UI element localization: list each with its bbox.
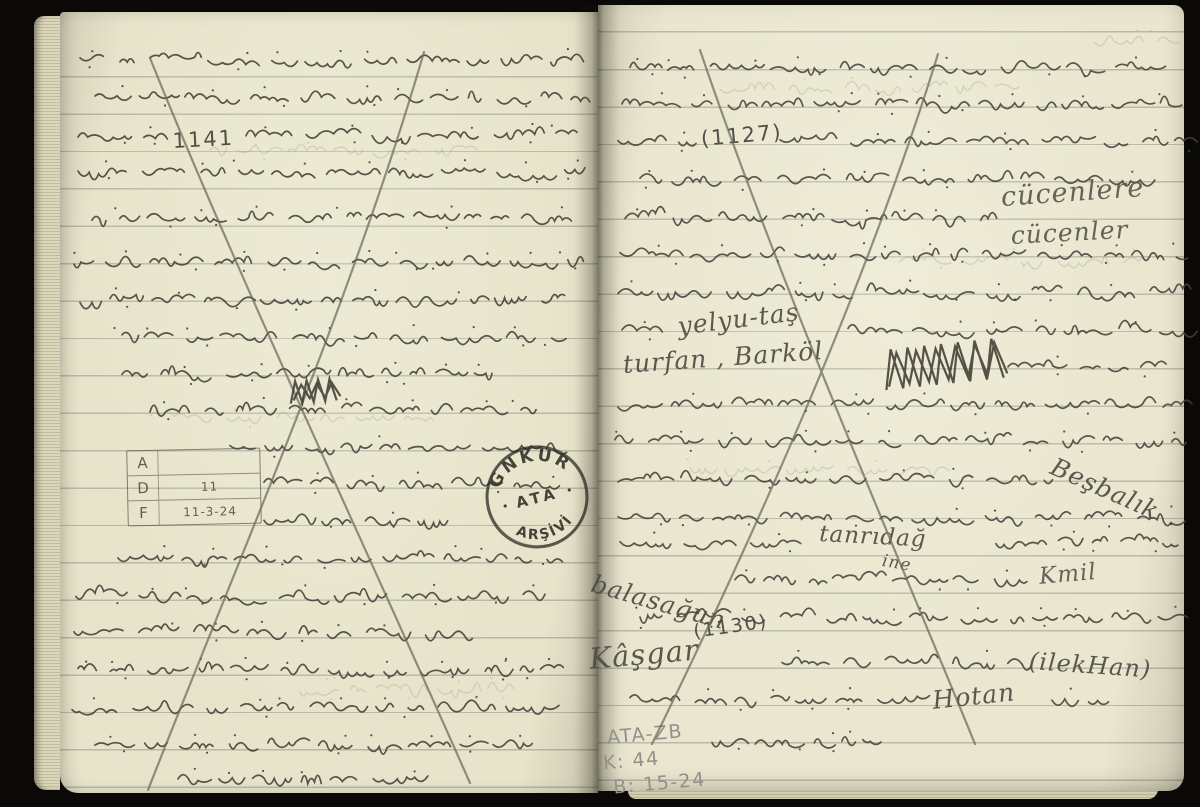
left-page-edge-stack <box>34 16 60 790</box>
notebook-scan: 1141 (1127) cücenlere cücenler yelyu-taş… <box>0 0 1200 807</box>
stamp-middle-text: ATA <box>514 484 560 512</box>
margin-table: A D 11 F 11-3-24 <box>126 448 262 527</box>
svg-text:GNKUR: GNKUR <box>480 436 579 494</box>
annotation-year-1141: 1141 <box>172 126 235 153</box>
stamp-top-text: GNKUR <box>480 436 579 494</box>
annotation-cucenler: cücenler <box>1010 215 1129 250</box>
table-row-value: 11-3-24 <box>159 499 260 525</box>
left-page <box>60 12 598 793</box>
table-row: D 11 <box>128 473 260 501</box>
stamp-dot-left <box>503 504 507 508</box>
table-row: A <box>127 449 259 476</box>
archive-code: ATA-ZB K: 44 B: 15-24 <box>606 718 707 801</box>
table-row-value <box>158 449 259 475</box>
table-row: F 11-3-24 <box>128 498 260 526</box>
table-row-label: D <box>128 476 159 501</box>
stamp-dot-right <box>567 488 571 492</box>
table-row-label: A <box>127 451 158 476</box>
annotation-kmil: Kmil <box>1038 559 1098 590</box>
annotation-tanridag: tanrıdağ <box>819 521 927 553</box>
table-row-label: F <box>128 501 159 526</box>
table-row-value: 11 <box>159 474 260 500</box>
